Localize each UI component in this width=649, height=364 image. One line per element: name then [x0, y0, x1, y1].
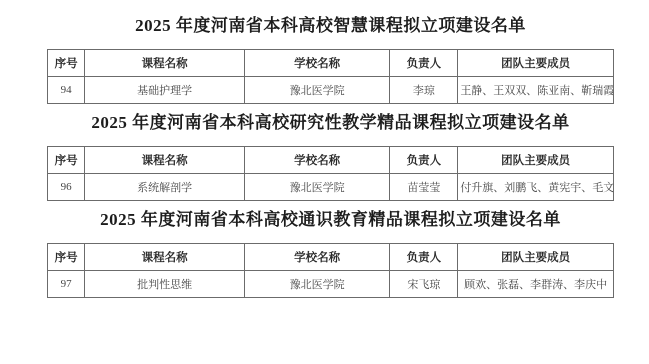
cell-school-name: 豫北医学院	[244, 174, 389, 201]
course-list-section: 2025 年度河南省本科高校智慧课程拟立项建设名单 序号课程名称学校名称负责人团…	[47, 16, 614, 104]
sections-container: 2025 年度河南省本科高校智慧课程拟立项建设名单 序号课程名称学校名称负责人团…	[47, 16, 614, 298]
column-header: 课程名称	[85, 147, 245, 174]
table-row: 96系统解剖学豫北医学院苗莹莹付升旗、刘鹏飞、黄宪宇、毛文锋	[48, 174, 614, 201]
column-header: 序号	[48, 50, 85, 77]
column-header: 负责人	[390, 147, 458, 174]
cell-team-members: 王静、王双双、陈亚南、靳瑞霞	[458, 77, 614, 104]
section-title: 2025 年度河南省本科高校通识教育精品课程拟立项建设名单	[47, 210, 614, 230]
column-header: 学校名称	[244, 50, 389, 77]
column-header: 序号	[48, 147, 85, 174]
cell-team-members: 顾欢、张磊、李群涛、李庆中	[458, 271, 614, 298]
cell-school-name: 豫北医学院	[244, 271, 389, 298]
column-header: 学校名称	[244, 244, 389, 271]
document-page: 2025 年度河南省本科高校智慧课程拟立项建设名单 序号课程名称学校名称负责人团…	[47, 0, 614, 298]
cell-school-name: 豫北医学院	[244, 77, 389, 104]
cell-index: 97	[48, 271, 85, 298]
table-header-row: 序号课程名称学校名称负责人团队主要成员	[48, 244, 614, 271]
table-header-row: 序号课程名称学校名称负责人团队主要成员	[48, 50, 614, 77]
cell-index: 94	[48, 77, 85, 104]
table-header-row: 序号课程名称学校名称负责人团队主要成员	[48, 147, 614, 174]
table-row: 94基础护理学豫北医学院李琼王静、王双双、陈亚南、靳瑞霞	[48, 77, 614, 104]
cell-leader: 宋飞琼	[390, 271, 458, 298]
cell-leader: 苗莹莹	[390, 174, 458, 201]
column-header: 课程名称	[85, 50, 245, 77]
column-header: 负责人	[390, 244, 458, 271]
table-body: 97批判性思维豫北医学院宋飞琼顾欢、张磊、李群涛、李庆中	[48, 271, 614, 298]
course-table: 序号课程名称学校名称负责人团队主要成员 96系统解剖学豫北医学院苗莹莹付升旗、刘…	[47, 146, 614, 201]
cell-index: 96	[48, 174, 85, 201]
course-list-section: 2025 年度河南省本科高校通识教育精品课程拟立项建设名单 序号课程名称学校名称…	[47, 210, 614, 298]
table-row: 97批判性思维豫北医学院宋飞琼顾欢、张磊、李群涛、李庆中	[48, 271, 614, 298]
column-header: 负责人	[390, 50, 458, 77]
column-header: 序号	[48, 244, 85, 271]
section-title: 2025 年度河南省本科高校研究性教学精品课程拟立项建设名单	[47, 113, 614, 133]
section-title: 2025 年度河南省本科高校智慧课程拟立项建设名单	[47, 16, 614, 36]
cell-course-name: 系统解剖学	[85, 174, 245, 201]
cell-team-members: 付升旗、刘鹏飞、黄宪宇、毛文锋	[458, 174, 614, 201]
cell-course-name: 基础护理学	[85, 77, 245, 104]
column-header: 课程名称	[85, 244, 245, 271]
column-header: 团队主要成员	[458, 147, 614, 174]
course-table: 序号课程名称学校名称负责人团队主要成员 94基础护理学豫北医学院李琼王静、王双双…	[47, 49, 614, 104]
cell-leader: 李琼	[390, 77, 458, 104]
column-header: 团队主要成员	[458, 244, 614, 271]
course-list-section: 2025 年度河南省本科高校研究性教学精品课程拟立项建设名单 序号课程名称学校名…	[47, 113, 614, 201]
cell-course-name: 批判性思维	[85, 271, 245, 298]
column-header: 学校名称	[244, 147, 389, 174]
table-body: 94基础护理学豫北医学院李琼王静、王双双、陈亚南、靳瑞霞	[48, 77, 614, 104]
column-header: 团队主要成员	[458, 50, 614, 77]
course-table: 序号课程名称学校名称负责人团队主要成员 97批判性思维豫北医学院宋飞琼顾欢、张磊…	[47, 243, 614, 298]
table-body: 96系统解剖学豫北医学院苗莹莹付升旗、刘鹏飞、黄宪宇、毛文锋	[48, 174, 614, 201]
